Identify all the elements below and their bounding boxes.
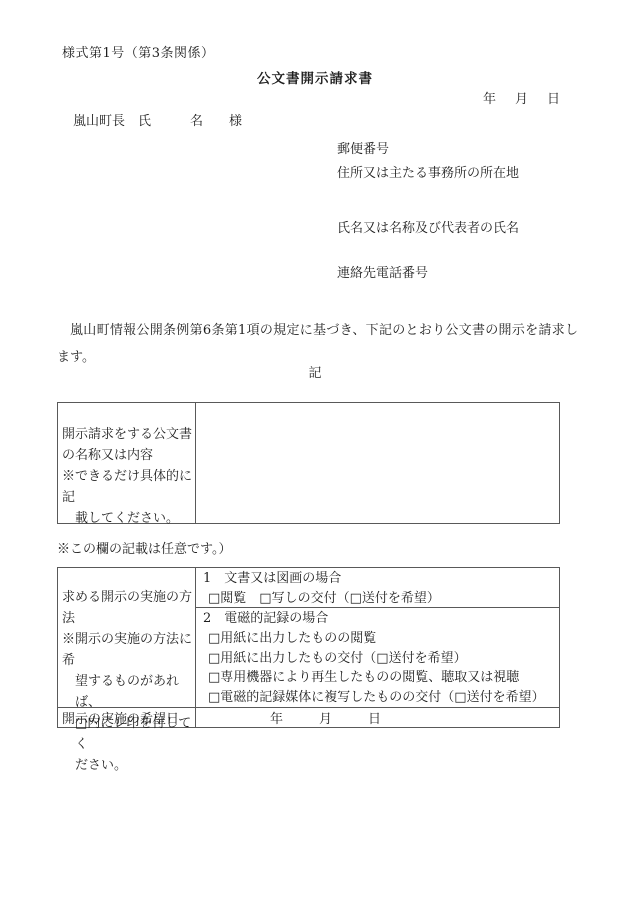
method-label-line: 求める開示の実施の方 — [62, 587, 192, 608]
method-right-column: 1 文書又は図画の場合 □閲覧 □写しの交付（□送付を希望） 2 電磁的記録の場… — [196, 568, 559, 727]
phone-label: 連絡先電話番号 — [337, 265, 428, 282]
document-name-label-cell: 開示請求をする公文書 の名称又は内容 ※できるだけ具体的に記 載してください。 — [58, 403, 196, 523]
method-note-line: ※開示の実施の方法に希 — [62, 629, 192, 671]
desired-year-label: 年 — [270, 708, 283, 727]
method-label-line: 法 — [62, 608, 192, 629]
electronic-option: □専用機器により再生したものの閲覧、聴取又は視聴 — [196, 668, 559, 688]
document-name-table: 開示請求をする公文書 の名称又は内容 ※できるだけ具体的に記 載してください。 — [57, 402, 560, 524]
form-number: 様式第1号（第3条関係） — [62, 45, 215, 62]
method-label-cell: 求める開示の実施の方 法 ※開示の実施の方法に希 望するものがあれば、 □内にレ… — [58, 568, 195, 708]
desired-date-label: 開示の実施の希望日 — [58, 708, 195, 727]
document-name-note-line: 載してください。 — [62, 508, 192, 529]
request-statement: 嵐山町情報公開条例第6条第1項の規定に基づき、下記のとおり公文書の開示を請求しま… — [57, 317, 578, 371]
disclosure-method-table: 求める開示の実施の方 法 ※開示の実施の方法に希 望するものがあれば、 □内にレ… — [57, 567, 560, 728]
electronic-option: □用紙に出力したもの交付（□送付を希望） — [196, 649, 559, 669]
method-left-column: 求める開示の実施の方 法 ※開示の実施の方法に希 望するものがあれば、 □内にレ… — [58, 568, 196, 727]
document-title: 公文書開示請求書 — [0, 67, 630, 87]
record-marker: 記 — [0, 365, 630, 382]
month-label: 月 — [515, 91, 528, 108]
document-name-entry-area — [196, 403, 559, 523]
desired-date-value: 年 月 日 — [196, 708, 559, 727]
address-label: 住所又は主たる事務所の所在地 — [337, 165, 519, 182]
year-label: 年 — [483, 91, 496, 108]
document-name-label-line: 開示請求をする公文書 — [62, 424, 192, 445]
desired-month-label: 月 — [319, 708, 332, 727]
desired-day-label: 日 — [368, 708, 381, 727]
postal-code-label: 郵便番号 — [337, 141, 389, 158]
request-form-page: 様式第1号（第3条関係） 公文書開示請求書 年 月 日 嵐山町長 氏 名 様 郵… — [0, 0, 630, 903]
electronic-option: □用紙に出力したものの閲覧 — [196, 629, 559, 649]
document-case-cell: 1 文書又は図画の場合 □閲覧 □写しの交付（□送付を希望） — [196, 568, 559, 608]
electronic-option: □電磁的記録媒体に複写したものの交付（□送付を希望） — [196, 688, 559, 708]
document-name-note-line: ※できるだけ具体的に記 — [62, 466, 192, 508]
document-case-options: □閲覧 □写しの交付（□送付を希望） — [196, 589, 559, 609]
day-label: 日 — [547, 91, 560, 108]
method-note-line: 望するものがあれば、 — [62, 671, 192, 713]
addressee-line: 嵐山町長 氏 名 様 — [73, 113, 242, 130]
electronic-case-cell: 2 電磁的記録の場合 □用紙に出力したものの閲覧 □用紙に出力したもの交付（□送… — [196, 608, 559, 708]
method-note-line: ださい。 — [62, 755, 192, 776]
optional-note: ※この欄の記載は任意です。） — [57, 541, 231, 558]
document-name-label-line: の名称又は内容 — [62, 445, 192, 466]
name-label: 氏名又は名称及び代表者の氏名 — [337, 220, 519, 237]
electronic-case-heading: 2 電磁的記録の場合 — [196, 609, 559, 629]
document-case-heading: 1 文書又は図画の場合 — [196, 569, 559, 589]
date-line: 年 月 日 — [483, 91, 560, 108]
